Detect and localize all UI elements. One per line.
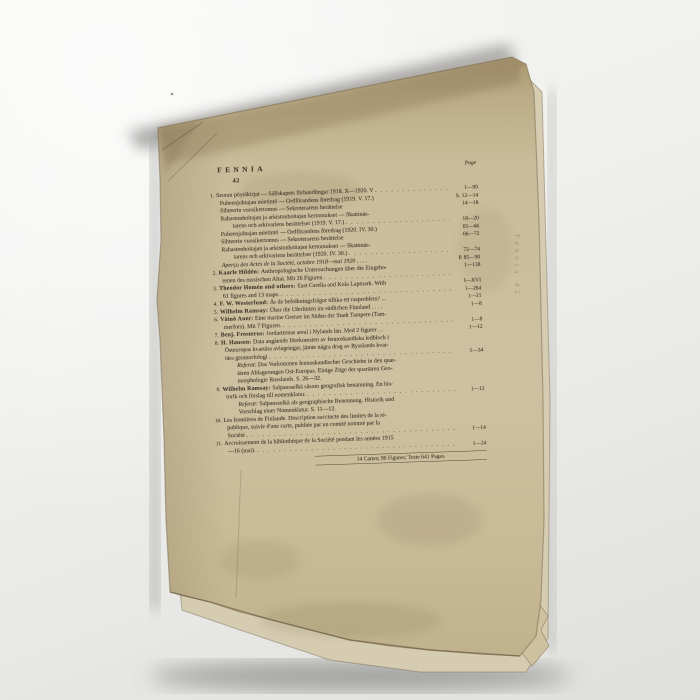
toc-page-number: 1—12 <box>455 385 484 394</box>
toc-page-number <box>451 243 480 244</box>
toc-page-number <box>453 312 482 313</box>
page-column-header: Page <box>465 159 477 165</box>
fore-edge-label: Fennia 42 <box>513 234 521 344</box>
toc-page-number <box>455 359 484 360</box>
toc-page-number <box>452 274 481 275</box>
toc-entry-number: 11. <box>212 440 224 448</box>
toc-lines: 1.Seuran pöytäkirjat — Sällskapets förha… <box>204 183 487 455</box>
toc-page-number <box>450 212 479 213</box>
toc-page-number <box>455 367 484 368</box>
toc-page-number <box>454 343 483 344</box>
paper-stain <box>378 494 482 546</box>
toc-entry-number: 3. <box>207 285 219 293</box>
toc-page-number <box>455 374 484 375</box>
toc-page-number <box>456 405 485 406</box>
toc-page-number: 1—138 <box>451 261 480 270</box>
toc-entry-number: 1. <box>204 192 216 200</box>
toc-page-number <box>454 336 483 337</box>
toc-entry-number: 6. <box>208 316 220 324</box>
toc-page-number <box>456 413 485 414</box>
toc-entry-number: 9. <box>210 386 222 394</box>
toc-entry-text: —16 (mai). <box>228 446 256 455</box>
backdrop-speck <box>171 93 174 96</box>
paper-stain <box>260 602 440 638</box>
toc-entry-number: 2. <box>207 270 219 278</box>
journal-title: FENNIA <box>217 165 266 175</box>
toc-page-number: 1—34 <box>454 346 483 355</box>
toc-page-number <box>456 398 485 399</box>
book-shadow-left <box>150 140 160 610</box>
toc-page-number: 1—8 <box>453 300 482 309</box>
toc-entry-number: 10. <box>211 417 223 425</box>
toc-page-number: 14—18 <box>449 199 478 208</box>
toc-page-number <box>455 382 484 383</box>
toc-page-number <box>457 421 486 422</box>
paper-stain <box>220 540 300 580</box>
photo-backdrop: Fennia 42 FENNIA Page 42 1.Seuran pöytäk… <box>0 0 700 700</box>
toc-page-number: 1—14 <box>457 424 486 433</box>
toc-entry-number: 8. <box>209 339 221 347</box>
toc-page-number: 1—12 <box>453 323 482 332</box>
toc-page-number: 1—24 <box>457 439 486 448</box>
toc-page-number <box>457 436 486 437</box>
toc-page-number: 66—72 <box>450 230 479 239</box>
table-of-contents: FENNIA Page 42 1.Seuran pöytäkirjat — Sä… <box>203 155 487 469</box>
